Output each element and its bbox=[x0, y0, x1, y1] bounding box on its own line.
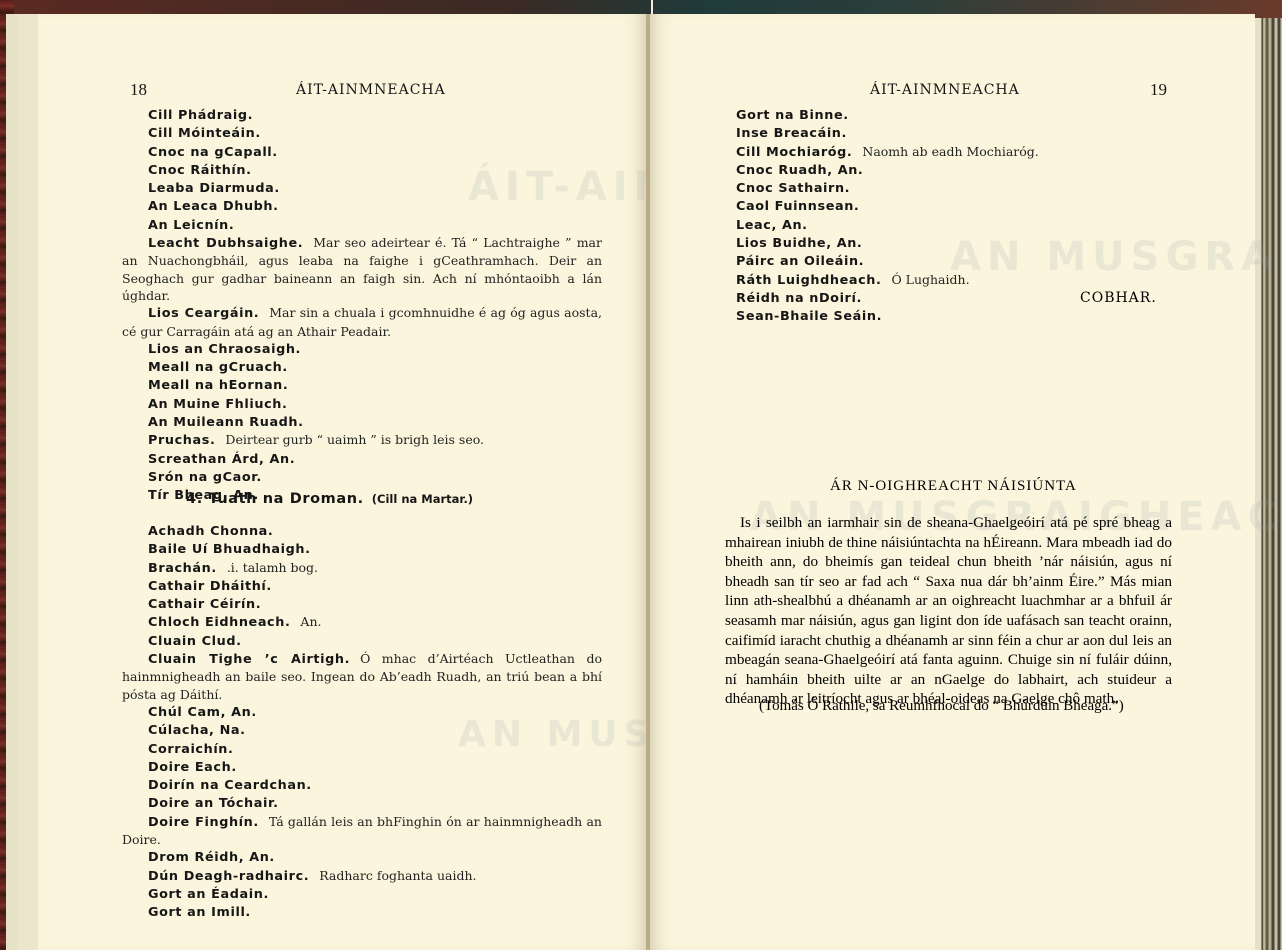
place-entry: An Leicnín. bbox=[148, 216, 602, 234]
place-entry: Cill Móinteáin. bbox=[148, 124, 602, 142]
place-entry: Réidh na nDoirí. bbox=[736, 289, 1039, 307]
place-entry: Chúl Cam, An. bbox=[148, 703, 602, 721]
essay-title: ÁR N-OIGHREACHT NÁISIÚNTA bbox=[830, 478, 1077, 495]
place-entry: Ráth Luighdheach.Ó Lughaidh. bbox=[736, 271, 1039, 289]
essay-body: Is i seilbh an iarmhair sin de sheana-Gh… bbox=[725, 513, 1172, 709]
place-entry: Sean-Bhaile Seáin. bbox=[736, 307, 1039, 325]
page-stack-right bbox=[1255, 18, 1282, 950]
essay-attribution: (Tomás Ó Rathile, sa Reumhfhocal do “ Bh… bbox=[759, 698, 1124, 715]
place-entry: Inse Breacáin. bbox=[736, 124, 1039, 142]
place-entry: Gort na Binne. bbox=[736, 106, 1039, 124]
place-entry: Páirc an Oileáin. bbox=[736, 252, 1039, 270]
place-entry: Drom Réidh, An. bbox=[148, 848, 602, 866]
place-entry: Cathair Céirín. bbox=[148, 595, 602, 613]
place-entry-with-note: Leacht Dubhsaighe.Mar seo adeirtear é. T… bbox=[122, 234, 602, 304]
section-heading: 4. Tuath na Droman.(Cill na Martar.) bbox=[186, 491, 473, 508]
page-number: 18 bbox=[130, 80, 147, 100]
place-entry: Baile Uí Bhuadhaigh. bbox=[148, 540, 602, 558]
place-entry: Cnoc na gCapall. bbox=[148, 143, 602, 161]
place-entry: Chloch Eidhneach.An. bbox=[148, 613, 602, 631]
place-entry: Achadh Chonna. bbox=[148, 522, 602, 540]
place-name-list-section: Achadh Chonna. Baile Uí Bhuadhaigh. Brac… bbox=[148, 522, 602, 922]
running-head: ÁIT-AINMNEACHA bbox=[296, 82, 446, 98]
place-entry: An Muileann Ruadh. bbox=[148, 413, 602, 431]
place-entry: Cluain Clud. bbox=[148, 632, 602, 650]
section-end-word: COBHAR. bbox=[1080, 290, 1157, 306]
place-entry: Doirín na Ceardchan. bbox=[148, 776, 602, 794]
place-entry: Meall na gCruach. bbox=[148, 358, 602, 376]
left-page: ÁIT-AINMNEACHA AN MUSGRAIGHEACH 18 ÁIT-A… bbox=[38, 14, 646, 950]
place-entry: Corraichín. bbox=[148, 740, 602, 758]
place-entry-with-note: Lios Ceargáin.Mar sin a chuala i gcomhnu… bbox=[122, 304, 602, 340]
place-entry: Brachán..i. talamh bog. bbox=[148, 559, 602, 577]
place-entry: Leac, An. bbox=[736, 216, 1039, 234]
place-entry: Cúlacha, Na. bbox=[148, 721, 602, 739]
place-entry: Leaba Diarmuda. bbox=[148, 179, 602, 197]
place-name-list-top: Cill Phádraig. Cill Móinteáin. Cnoc na g… bbox=[148, 106, 602, 505]
running-head: ÁIT-AINMNEACHA bbox=[870, 82, 1020, 98]
place-entry: Pruchas.Deirtear gurb “ uaimh ” is brigh… bbox=[148, 431, 602, 449]
place-entry: Doire Each. bbox=[148, 758, 602, 776]
place-entry-with-note: Doire Finghín.Tá gallán leis an bhFinghi… bbox=[122, 813, 602, 849]
place-name-list: Gort na Binne. Inse Breacáin. Cill Mochi… bbox=[736, 106, 1039, 326]
place-entry: Lios Buidhe, An. bbox=[736, 234, 1039, 252]
page-number: 19 bbox=[1150, 80, 1167, 100]
place-entry: Dún Deagh-radhairc.Radharc foghanta uaid… bbox=[148, 867, 602, 885]
place-entry: Cill Phádraig. bbox=[148, 106, 602, 124]
place-entry: Gort an Éadain. bbox=[148, 885, 602, 903]
place-entry: Srón na gCaor. bbox=[148, 468, 602, 486]
place-entry: Cnoc Ráithín. bbox=[148, 161, 602, 179]
place-entry: Cill Mochiaróg.Naomh ab eadh Mochiaróg. bbox=[736, 143, 1039, 161]
place-entry: Screathan Árd, An. bbox=[148, 450, 602, 468]
place-entry: Meall na hEornan. bbox=[148, 376, 602, 394]
essay-paragraph: Is i seilbh an iarmhair sin de sheana-Gh… bbox=[725, 513, 1172, 709]
place-entry: Caol Fuinnsean. bbox=[736, 197, 1039, 215]
place-entry: Cnoc Sathairn. bbox=[736, 179, 1039, 197]
place-entry: Cathair Dháithí. bbox=[148, 577, 602, 595]
place-entry-with-note: Cluain Tighe ’c Airtigh.Ó mhac d’Airtéac… bbox=[122, 650, 602, 703]
place-entry: An Muine Fhliuch. bbox=[148, 395, 602, 413]
place-entry: Cnoc Ruadh, An. bbox=[736, 161, 1039, 179]
place-entry: Doire an Tóchair. bbox=[148, 794, 602, 812]
place-entry: Lios an Chraosaigh. bbox=[148, 340, 602, 358]
place-entry: Gort an Imill. bbox=[148, 903, 602, 921]
place-entry: An Leaca Dhubh. bbox=[148, 197, 602, 215]
